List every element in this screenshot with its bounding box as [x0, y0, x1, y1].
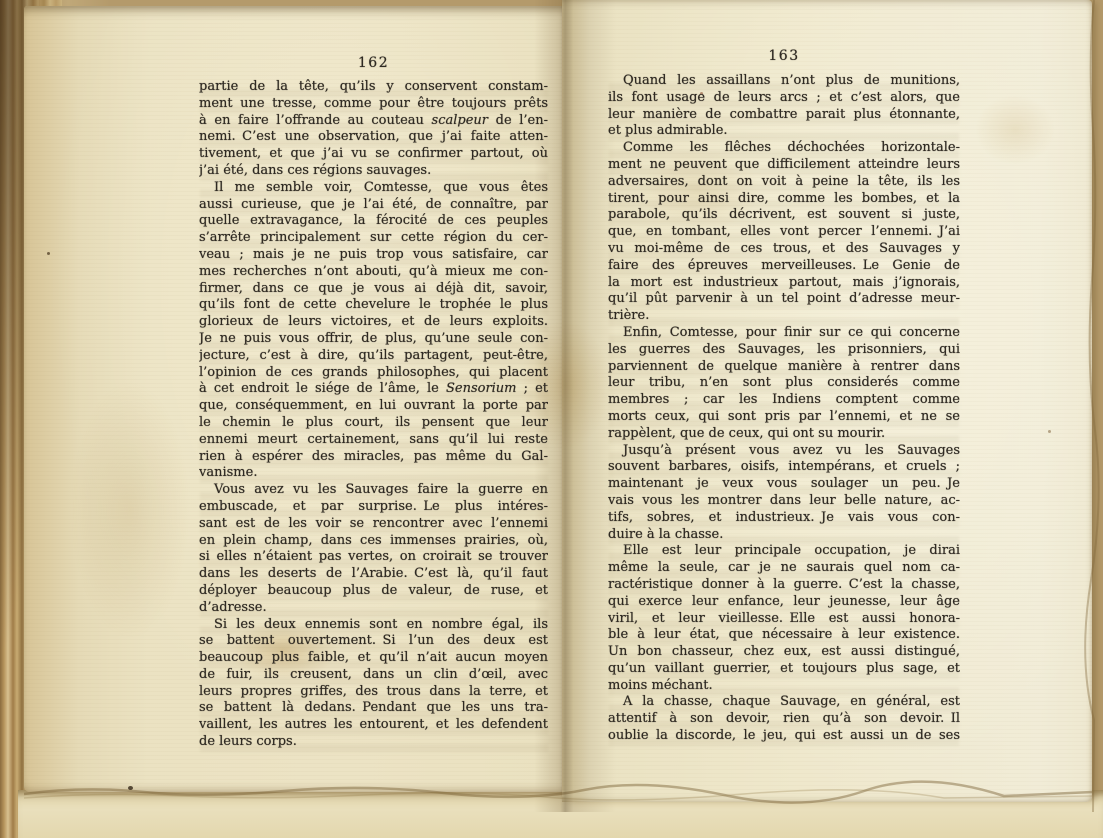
text-line: parabole, qu’ils décrivent, est souvent … — [608, 207, 960, 224]
text-line: Enfin, Comtesse, pour finir sur ce qui c… — [608, 325, 960, 342]
paragraph: partie de la tête, qu’ils y conservent c… — [199, 79, 548, 180]
text-line: membres ; car les Indiens comptent comme — [608, 392, 960, 409]
text-line: ennemi meurt certainement, sans qu’il lu… — [199, 432, 548, 449]
text-line: qu’il pût parvenir à un tel point d’adre… — [608, 291, 960, 308]
text-line: qu’ils font de cette chevelure le trophé… — [199, 297, 548, 314]
text-line: duire à la chasse. — [608, 527, 960, 544]
text-line: vanisme. — [199, 465, 548, 482]
text-line: leur manière de combattre parait plus ét… — [608, 107, 960, 124]
paragraph: Quand les assaillans n’ont plus de munit… — [608, 73, 960, 140]
text-line: de leurs corps. — [199, 734, 548, 751]
text-line: leurs propres griffes, des trous dans la… — [199, 684, 548, 701]
book-scan: 162 163 partie de la tête, qu’ils y cons… — [0, 0, 1103, 838]
text-line: Elle est leur principale occupation, je … — [608, 543, 960, 560]
text-line: Il me semble voir, Comtesse, que vous êt… — [199, 180, 548, 197]
text-line: ils font usage de leurs arcs ; et c’est … — [608, 90, 960, 107]
text-line: Comme les flêches déchochées horizontale… — [608, 140, 960, 157]
text-line: firmer, dans ce que je vous ai déjà dit,… — [199, 281, 548, 298]
text-line: leur tribu, n’en sont plus considerés co… — [608, 375, 960, 392]
text-line: souvent barbares, oisifs, intempérans, e… — [608, 459, 960, 476]
text-line: se battent ouvertement. Si l’un des deux… — [199, 633, 548, 650]
paragraph: Elle est leur principale occupation, je … — [608, 543, 960, 694]
left-page-text: partie de la tête, qu’ils y conservent c… — [199, 79, 548, 751]
text-line: aussi curieuse, que je l’ai été, de conn… — [199, 197, 548, 214]
text-line: Vous avez vu les Sauvages faire la guerr… — [199, 482, 548, 499]
text-line: rien à espérer des miracles, pas même du… — [199, 449, 548, 466]
text-line: à en faire l’offrande au couteau scalpeu… — [199, 113, 548, 130]
text-line: moins méchant. — [608, 678, 960, 695]
text-line: tifs, sobres, et industrieux. Je vais vo… — [608, 510, 960, 527]
text-line: et plus admirable. — [608, 123, 960, 140]
text-line: vaillent, les autres les entourent, et l… — [199, 717, 548, 734]
text-line: sant est de les voir se rencontrer avec … — [199, 516, 548, 533]
text-line: viril, et leur vieillesse. Elle est auss… — [608, 611, 960, 628]
text-line: à cet endroit le siége de l’âme, le Sens… — [199, 381, 548, 398]
text-line: en plein champ, dans ces immenses prairi… — [199, 533, 548, 550]
text-line: tirent, pour ainsi dire, comme les bombe… — [608, 191, 960, 208]
text-line: vu moi-même de ces trous, et des Sauvage… — [608, 241, 960, 258]
text-line: beaucoup plus faible, et qu’il n’ait auc… — [199, 650, 548, 667]
text-line: vais vous les montrer dans leur belle na… — [608, 493, 960, 510]
text-line: oublie la discorde, le jeu, qui est auss… — [608, 728, 960, 745]
right-page-text: Quand les assaillans n’ont plus de munit… — [608, 73, 960, 745]
text-line: A la chasse, chaque Sauvage, en général,… — [608, 694, 960, 711]
paragraph: Comme les flêches déchochées horizontale… — [608, 140, 960, 325]
text-line: même la seule, car je ne saurais quel no… — [608, 560, 960, 577]
text-line: ment une tresse, comme pour être toujour… — [199, 96, 548, 113]
text-line: la mort est industrieux partout, mais j’… — [608, 275, 960, 292]
paragraph: Il me semble voir, Comtesse, que vous êt… — [199, 180, 548, 482]
text-line: nemi. C’est une observation, que j’ai fa… — [199, 129, 548, 146]
text-line: d’adresse. — [199, 600, 548, 617]
text-line: se battent là dedans. Pendant que les un… — [199, 700, 548, 717]
text-line: s’arrête principalement sur cette région… — [199, 230, 548, 247]
text-line: morts ceux, qui sont pris par l’ennemi, … — [608, 409, 960, 426]
text-line: de fuir, ils creusent, dans un clin d’œi… — [199, 667, 548, 684]
text-line: qui exerce leur enfance, leur jeunesse, … — [608, 594, 960, 611]
text-line: dans les deserts de l’Arabie. C’est là, … — [199, 566, 548, 583]
text-line: ractéristique donner à la guerre. C’est … — [608, 577, 960, 594]
text-line: partie de la tête, qu’ils y conservent c… — [199, 79, 548, 96]
text-line: tivement, et que j’ai vu se confirmer pa… — [199, 146, 548, 163]
text-line: Un bon chasseur, chez eux, est aussi dis… — [608, 644, 960, 661]
text-line: Si les deux ennemis sont en nombre égal,… — [199, 617, 548, 634]
text-line: rappèlent, que de ceux, qui ont su mouri… — [608, 426, 960, 443]
page-number-right: 163 — [608, 48, 960, 64]
text-line: embuscade, et par surprise. Le plus inté… — [199, 499, 548, 516]
text-line: Je ne puis vous offrir, de plus, qu’une … — [199, 331, 548, 348]
text-line: qu’un vaillant guerrier, et toujours plu… — [608, 661, 960, 678]
paragraph: A la chasse, chaque Sauvage, en général,… — [608, 694, 960, 744]
text-line: ble à leur état, que nécessaire à leur e… — [608, 627, 960, 644]
paragraph: Vous avez vu les Sauvages faire la guerr… — [199, 482, 548, 616]
text-line: trière. — [608, 308, 960, 325]
text-line: Jusqu’à présent vous avez vu les Sauvage… — [608, 443, 960, 460]
paragraph: Jusqu’à présent vous avez vu les Sauvage… — [608, 443, 960, 544]
text-line: si elles n’étaient pas vertes, on croira… — [199, 549, 548, 566]
text-line: parviennent de quelque manière à rentrer… — [608, 359, 960, 376]
text-line: Quand les assaillans n’ont plus de munit… — [608, 73, 960, 90]
text-line: veau ; mais je ne puis trop vous satisfa… — [199, 247, 548, 264]
paragraph: Enfin, Comtesse, pour finir sur ce qui c… — [608, 325, 960, 443]
text-line: mes recherches n’ont abouti, qu’à mieux … — [199, 264, 548, 281]
text-line: glorieux de leurs victoires, et de leurs… — [199, 314, 548, 331]
text-line: jecture, c’est à dire, qu’ils partagent,… — [199, 348, 548, 365]
text-line: attentif à son devoir, rien qu’à son dev… — [608, 711, 960, 728]
text-line: que, en tombant, elles vont percer l’enn… — [608, 224, 960, 241]
text-line: adversaires, dont on voit à peine la têt… — [608, 174, 960, 191]
text-line: faire des épreuves merveilleuses. Le Gen… — [608, 258, 960, 275]
text-line: j’ai été, dans ces régions sauvages. — [199, 163, 548, 180]
text-line: que, conséquemment, en lui ouvrant la po… — [199, 398, 548, 415]
text-line: l’opinion de ces grands philosophes, qui… — [199, 365, 548, 382]
text-line: les guerres des Sauvages, les prisonnier… — [608, 342, 960, 359]
paragraph: Si les deux ennemis sont en nombre égal,… — [199, 617, 548, 751]
text-line: déployer beaucoup plus de valeur, de rus… — [199, 583, 548, 600]
text-line: maintenant je veux vous soulager un peu.… — [608, 476, 960, 493]
text-line: ment ne peuvent que difficilement attein… — [608, 157, 960, 174]
page-number-left: 162 — [199, 55, 548, 71]
text-line: le chemin le plus court, ils pensent que… — [199, 415, 548, 432]
text-line: quelle extravagance, la férocité de ces … — [199, 213, 548, 230]
